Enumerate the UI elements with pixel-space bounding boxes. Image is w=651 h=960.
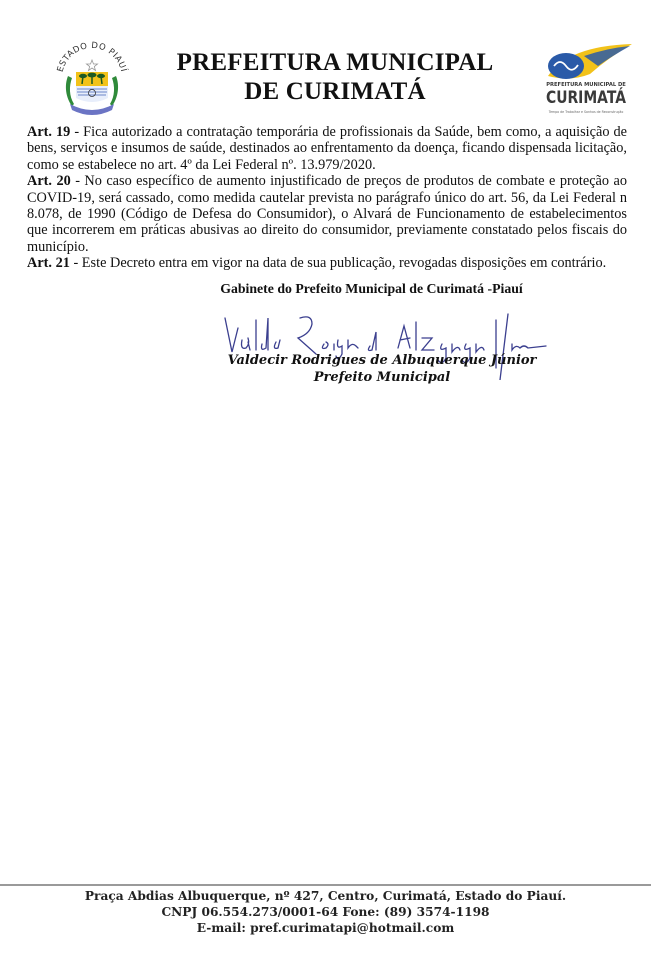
footer-divider [0,884,651,886]
signer-block: Valdecir Rodrigues de Albuquerque Júnior… [182,352,582,386]
logo-tagline-text: Tempo de Trabalhar e Sonhos de Reconstru… [548,110,624,114]
state-coat-of-arms-logo: ESTADO DO PIAUÍ [52,40,132,120]
footer-email: E-mail: pref.curimatapi@hotmail.com [0,920,651,936]
footer-address: Praça Abdias Albuquerque, nº 427, Centro… [0,888,651,904]
article-text: - Fica autorizado a contratação temporár… [27,124,627,173]
article-label: Art. 20 [27,173,71,189]
article-20: Art. 20 - No caso específico de aumento … [27,173,627,255]
article-19: Art. 19 - Fica autorizado a contratação … [27,124,627,173]
gabinete-line: Gabinete do Prefeito Municipal de Curima… [0,281,651,297]
logo-name-text: CURIMATÁ [546,86,627,108]
signer-name: Valdecir Rodrigues de Albuquerque Júnior [182,352,582,369]
article-text: - Este Decreto entra em vigor na data de… [70,255,606,271]
article-21: Art. 21 - Este Decreto entra em vigor na… [27,255,627,271]
article-label: Art. 19 [27,124,70,140]
decree-body: Art. 19 - Fica autorizado a contratação … [27,124,627,272]
footer-cnpj-phone: CNPJ 06.554.273/0001-64 Fone: (89) 3574-… [0,904,651,920]
article-text: - No caso específico de aumento injustif… [27,173,627,255]
footer: Praça Abdias Albuquerque, nº 427, Centro… [0,888,651,936]
signer-title: Prefeito Municipal [182,369,582,386]
title-line-2: DE CURIMATÁ [150,77,520,106]
curimata-municipal-logo: PREFEITURA MUNICIPAL DE CURIMATÁ Tempo d… [538,38,634,118]
title-line-1: PREFEITURA MUNICIPAL [150,48,520,77]
document-header-title: PREFEITURA MUNICIPAL DE CURIMATÁ [150,48,520,106]
article-label: Art. 21 [27,255,70,271]
